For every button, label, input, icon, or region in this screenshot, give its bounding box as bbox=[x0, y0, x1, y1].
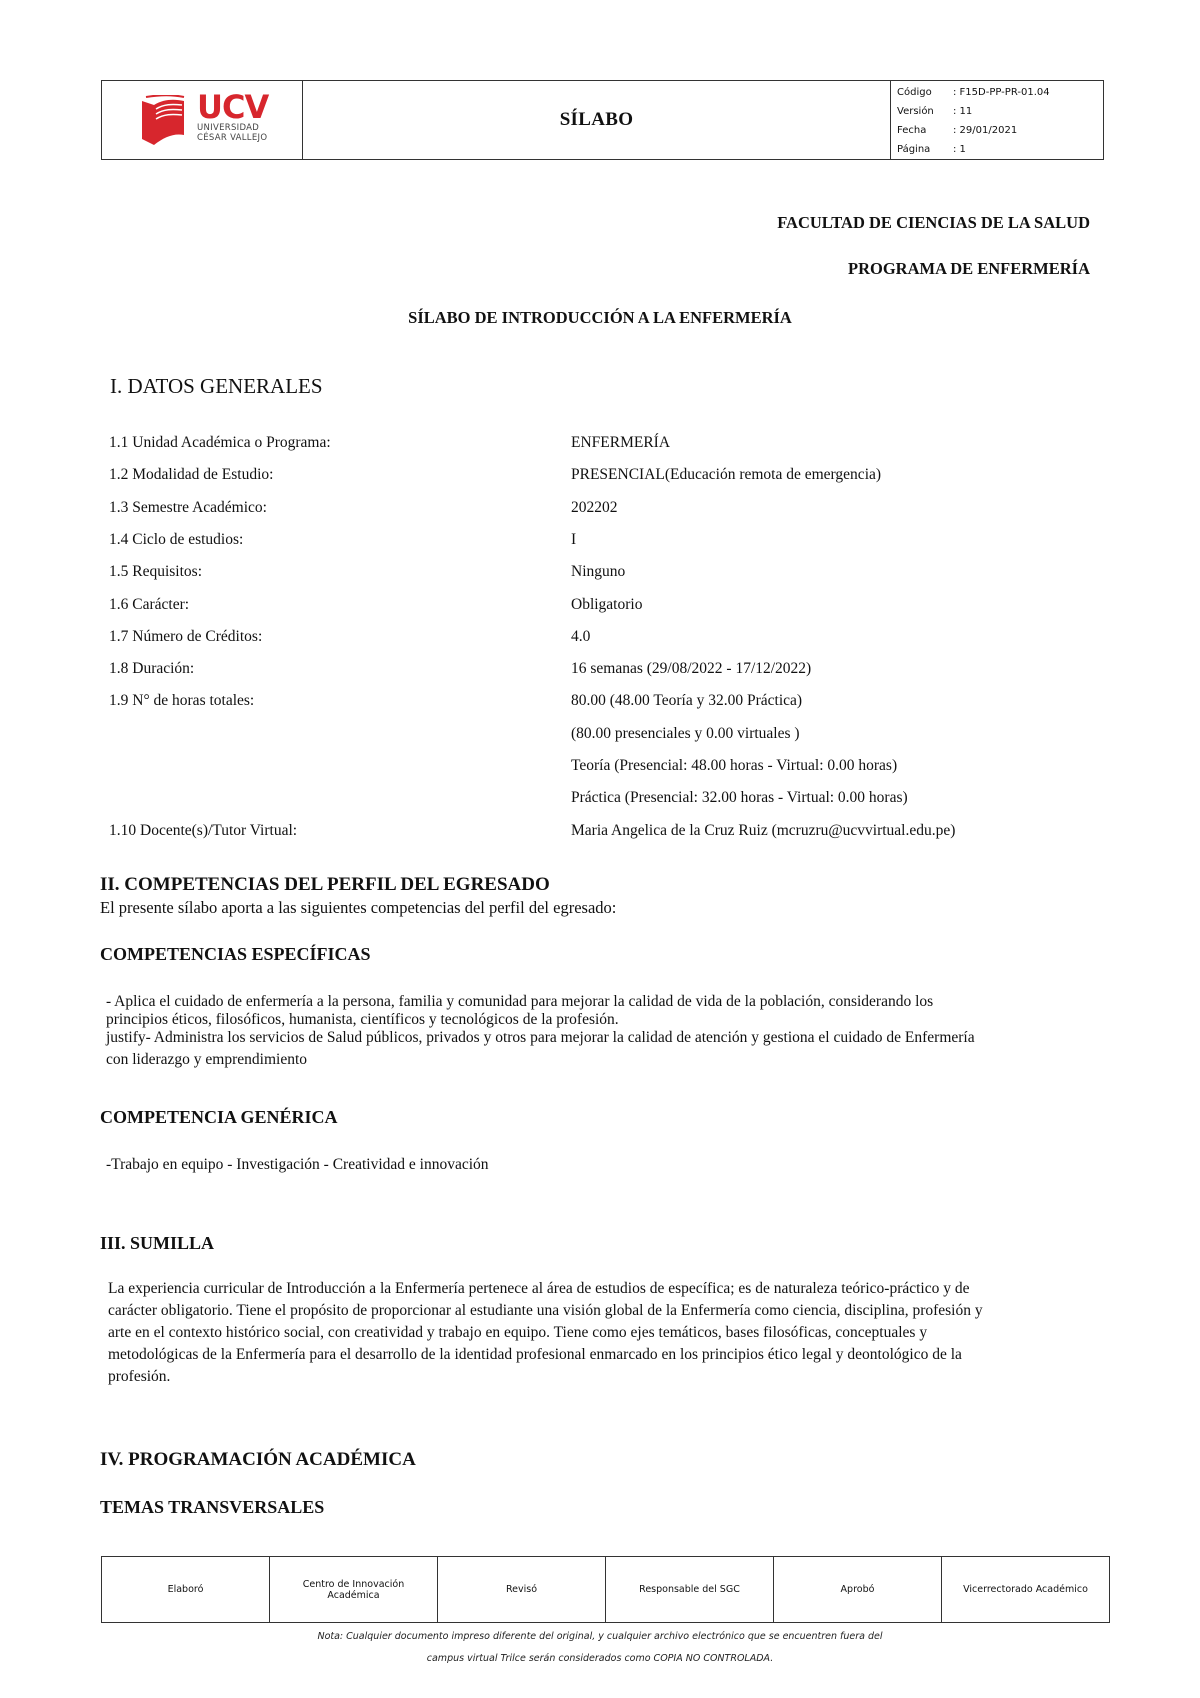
approval-cell-aprobo: Aprobó bbox=[774, 1557, 942, 1622]
datos-label: 1.5 Requisitos: bbox=[109, 563, 202, 581]
approval-cell-centro: Centro de Innovación Académica bbox=[270, 1557, 438, 1622]
header-title: SÍLABO bbox=[303, 81, 890, 159]
approval-cell-elaboro: Elaboró bbox=[102, 1557, 270, 1622]
meta-value: : 11 bbox=[953, 102, 972, 121]
syllabus-title: SÍLABO DE INTRODUCCIÓN A LA ENFERMERÍA bbox=[0, 308, 1200, 328]
approval-cell-reviso: Revisó bbox=[438, 1557, 606, 1622]
sumilla-text: La experiencia curricular de Introducció… bbox=[108, 1278, 983, 1388]
faculty-heading: FACULTAD DE CIENCIAS DE LA SALUD bbox=[777, 213, 1090, 233]
text-line: carácter obligatorio. Tiene el propósito… bbox=[108, 1300, 983, 1322]
competencias-especificas-title: COMPETENCIAS ESPECÍFICAS bbox=[100, 944, 371, 965]
datos-label: 1.3 Semestre Académico: bbox=[109, 499, 267, 517]
datos-label: 1.6 Carácter: bbox=[109, 596, 189, 614]
datos-value: PRESENCIAL(Educación remota de emergenci… bbox=[571, 466, 881, 484]
logo-cell: UCV UNIVERSIDAD CÉSAR VALLEJO bbox=[102, 81, 303, 159]
section-programacion-title: IV. PROGRAMACIÓN ACADÉMICA bbox=[100, 1449, 416, 1471]
meta-row-pagina: Página : 1 bbox=[897, 140, 1097, 159]
section-sumilla-title: III. SUMILLA bbox=[100, 1233, 214, 1254]
meta-key: Código bbox=[897, 83, 953, 102]
datos-value: Práctica (Presencial: 32.00 horas - Virt… bbox=[571, 789, 908, 807]
datos-value: ENFERMERÍA bbox=[571, 434, 670, 452]
datos-label: 1.9 N° de horas totales: bbox=[109, 692, 254, 710]
competencia-generica-title: COMPETENCIA GENÉRICA bbox=[100, 1107, 338, 1128]
footer-note-line1: Nota: Cualquier documento impreso difere… bbox=[0, 1626, 1200, 1648]
logo-line2: CÉSAR VALLEJO bbox=[197, 133, 268, 143]
meta-key: Versión bbox=[897, 102, 953, 121]
text-line: - Aplica el cuidado de enfermería a la p… bbox=[106, 992, 975, 1011]
competencias-especificas-text: - Aplica el cuidado de enfermería a la p… bbox=[106, 992, 975, 1069]
text-line: arte en el contexto histórico social, co… bbox=[108, 1322, 983, 1344]
logo-line1: UNIVERSIDAD bbox=[197, 123, 268, 133]
text-line: metodológicas de la Enfermería para el d… bbox=[108, 1344, 983, 1366]
meta-key: Página bbox=[897, 140, 953, 159]
text-line: con liderazgo y emprendimiento bbox=[106, 1050, 975, 1069]
datos-label: 1.4 Ciclo de estudios: bbox=[109, 531, 243, 549]
datos-value: 4.0 bbox=[571, 628, 590, 646]
logo-text: UCV UNIVERSIDAD CÉSAR VALLEJO bbox=[197, 91, 268, 143]
footer-note-line2: campus virtual Trilce serán considerados… bbox=[0, 1648, 1200, 1670]
temas-transversales-title: TEMAS TRANSVERSALES bbox=[100, 1497, 324, 1518]
section-datos-generales-title: I. DATOS GENERALES bbox=[110, 374, 323, 399]
datos-value: I bbox=[571, 531, 576, 549]
program-heading: PROGRAMA DE ENFERMERÍA bbox=[848, 259, 1090, 279]
datos-value: Maria Angelica de la Cruz Ruiz (mcruzru@… bbox=[571, 822, 955, 840]
datos-label: 1.8 Duración: bbox=[109, 660, 194, 678]
datos-label: 1.7 Número de Créditos: bbox=[109, 628, 262, 646]
approval-cell-vicerrectorado: Vicerrectorado Académico bbox=[942, 1557, 1109, 1622]
approval-table: Elaboró Centro de Innovación Académica R… bbox=[101, 1556, 1110, 1623]
ucv-book-logo-icon bbox=[140, 95, 186, 147]
text-line: principios éticos, filosóficos, humanist… bbox=[106, 1011, 975, 1028]
datos-value: 80.00 (48.00 Teoría y 32.00 Práctica) bbox=[571, 692, 802, 710]
header-meta: Código : F15D-PP-PR-01.04 Versión : 11 F… bbox=[890, 81, 1103, 159]
meta-row-fecha: Fecha : 29/01/2021 bbox=[897, 121, 1097, 140]
approval-cell-sgc: Responsable del SGC bbox=[606, 1557, 774, 1622]
datos-value: Obligatorio bbox=[571, 596, 642, 614]
datos-value: Ninguno bbox=[571, 563, 625, 581]
datos-value: Teoría (Presencial: 48.00 horas - Virtua… bbox=[571, 757, 897, 775]
datos-label: 1.1 Unidad Académica o Programa: bbox=[109, 434, 331, 452]
logo-brand: UCV bbox=[197, 91, 268, 123]
text-line: profesión. bbox=[108, 1366, 983, 1388]
datos-value: 202202 bbox=[571, 499, 618, 517]
datos-label: 1.10 Docente(s)/Tutor Virtual: bbox=[109, 822, 297, 840]
meta-value: : F15D-PP-PR-01.04 bbox=[953, 83, 1050, 102]
meta-value: : 29/01/2021 bbox=[953, 121, 1017, 140]
meta-key: Fecha bbox=[897, 121, 953, 140]
competencia-generica-text: -Trabajo en equipo - Investigación - Cre… bbox=[106, 1155, 489, 1175]
datos-value: 16 semanas (29/08/2022 - 17/12/2022) bbox=[571, 660, 811, 678]
datos-value: (80.00 presenciales y 0.00 virtuales ) bbox=[571, 725, 800, 743]
text-line: justify- Administra los servicios de Sal… bbox=[106, 1028, 975, 1047]
text-line: La experiencia curricular de Introducció… bbox=[108, 1278, 983, 1300]
section-competencias-title: II. COMPETENCIAS DEL PERFIL DEL EGRESADO bbox=[100, 874, 550, 896]
meta-row-codigo: Código : F15D-PP-PR-01.04 bbox=[897, 83, 1097, 102]
competencias-intro: El presente sílabo aporta a las siguient… bbox=[100, 898, 616, 918]
datos-label: 1.2 Modalidad de Estudio: bbox=[109, 466, 273, 484]
document-header: UCV UNIVERSIDAD CÉSAR VALLEJO SÍLABO Cód… bbox=[101, 80, 1104, 160]
meta-value: : 1 bbox=[953, 140, 966, 159]
meta-row-version: Versión : 11 bbox=[897, 102, 1097, 121]
